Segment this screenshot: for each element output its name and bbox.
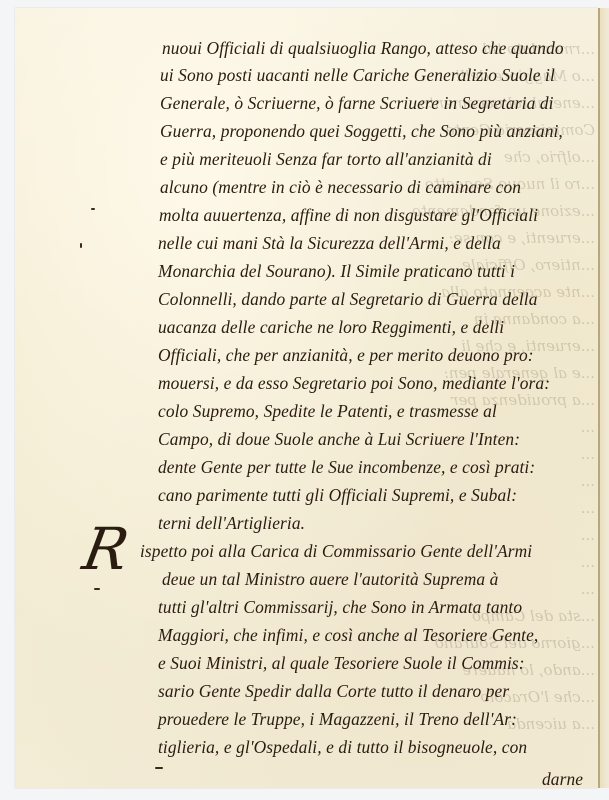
text-line: prouedere le Truppe, i Magazzeni, il Tre… [158,706,517,733]
text-line: Officiali, che per anzianità, e per meri… [158,342,534,369]
text-line: Colonnelli, dando parte al Segretario di… [158,286,538,313]
text-line: uacanza delle cariche ne loro Reggimenti… [158,314,504,341]
text-line: alcuno (mentre in ciò è necessario di ca… [160,174,521,201]
ink-mark [80,243,82,248]
scanned-page: ...rmandato tal ...o Maggiore delli ...e… [0,0,609,800]
text-line: terni dell'Artiglieria. [158,510,305,537]
text-line: sario Gente Spedir dalla Corte tutto il … [158,678,509,705]
text-line: ispetto poi alla Carica di Commissario G… [140,538,532,565]
ink-mark [94,588,100,590]
text-line: Monarchia del Sourano). Il Simile pratic… [158,258,515,285]
adjacent-page-strip [600,8,609,788]
text-line: dente Gente per tutte le Sue incombenze,… [158,454,535,481]
text-line: Generale, ò Scriuerne, ò farne Scriuere … [160,90,554,117]
text-line: ui Sono posti uacanti nelle Cariche Gene… [160,62,555,89]
text-line: Campo, di doue Suole anche à Lui Scriuer… [158,426,520,453]
ink-mark [155,767,163,769]
text-line: mouersi, e da esso Segretario poi Sono, … [158,370,550,397]
text-line: e più meriteuoli Senza far torto all'anz… [160,146,492,173]
catchword: darne [542,766,583,793]
text-line: nuoui Officiali di qualsiuoglia Rango, a… [162,35,564,62]
text-line: cano parimente tutti gli Officiali Supre… [158,482,517,509]
text-line: deue un tal Ministro auere l'autorità Su… [162,566,498,593]
text-line: molta auuertenza, affine di non disgusta… [159,202,538,229]
ink-mark [91,208,95,210]
text-line: Guerra, proponendo quei Soggetti, che So… [160,118,563,145]
text-line: Maggiori, che infimi, e così anche al Te… [158,622,538,649]
text-line: e Suoi Ministri, al quale Tesoriere Suol… [158,650,525,677]
text-line: colo Supremo, Spedite le Patenti, e tras… [158,398,497,425]
text-line: tiglieria, e gl'Ospedali, e di tutto il … [158,734,527,761]
text-line: tutti gl'altri Commissarij, che Sono in … [158,594,522,621]
text-line: nelle cui mani Stà la Sicurezza dell'Arm… [158,230,501,257]
